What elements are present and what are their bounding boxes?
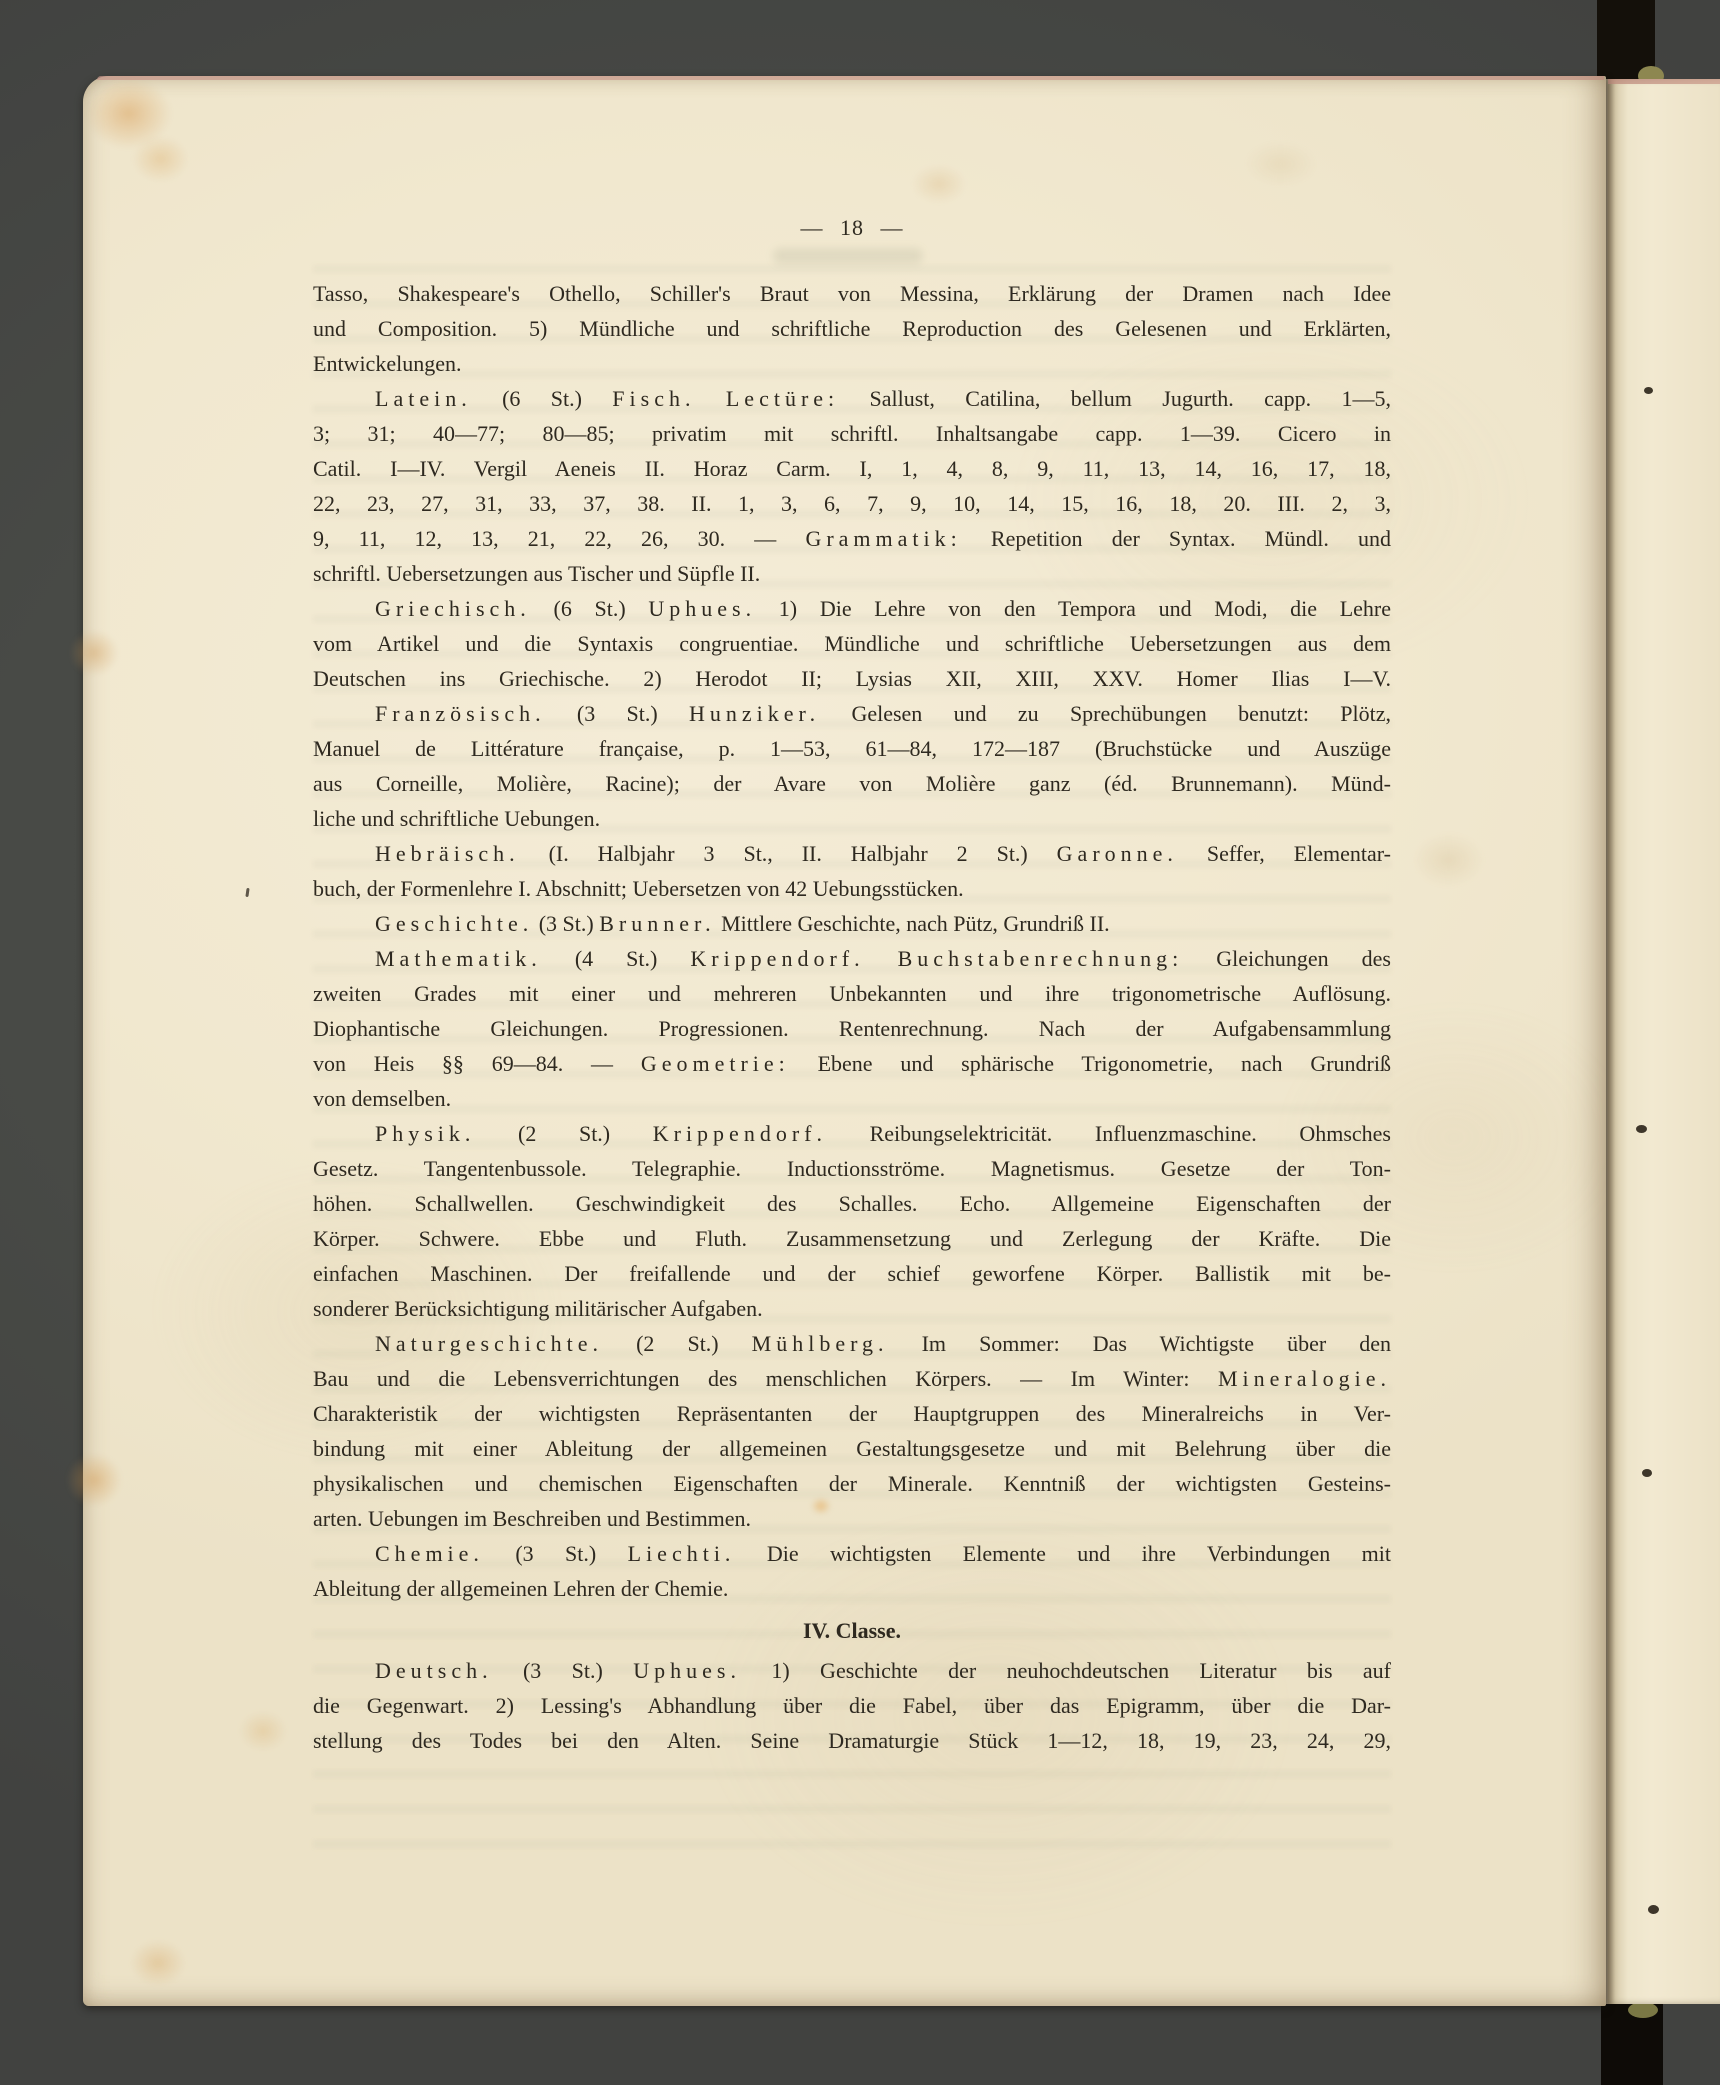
text-line: Deutschen ins Griechische. 2) Herodot II… [313, 661, 1391, 696]
spaced-term: Latein. [375, 386, 472, 411]
page-edge-speck [1644, 387, 1653, 394]
foxing-stain [231, 1704, 295, 1758]
spaced-term: Buchstabenrechnung: [898, 946, 1184, 971]
page-edge-tint [1608, 79, 1720, 84]
foxing-stain [121, 1932, 195, 1994]
page-edge-speck [1642, 1469, 1652, 1477]
text-line: stellung des Todes bei den Alten. Seine … [313, 1723, 1391, 1758]
text-line: arten. Uebungen im Beschreiben und Besti… [313, 1501, 1391, 1536]
page-text: — 18 — Tasso, Shakespeare's Othello, Sch… [313, 210, 1391, 1758]
ink-speck [245, 888, 249, 897]
text-line: 22, 23, 27, 31, 33, 37, 38. II. 1, 3, 6,… [313, 486, 1391, 521]
foxing-stain [1401, 824, 1496, 896]
text-line: Gesetz. Tangentenbussole. Telegraphie. I… [313, 1151, 1391, 1186]
text-line: höhen. Schallwellen. Geschwindigkeit des… [313, 1186, 1391, 1221]
foxing-stain [61, 622, 127, 684]
text-line: vom Artikel und die Syntaxis congruentia… [313, 626, 1391, 661]
paragraph: Hebräisch. (I. Halbjahr 3 St., II. Halbj… [313, 836, 1391, 906]
paragraph: Chemie. (3 St.) Liechti. Die wichtigsten… [313, 1536, 1391, 1606]
spaced-term: Garonne. [1057, 841, 1178, 866]
paragraph: Französisch. (3 St.) Hunziker. Gelesen u… [313, 696, 1391, 836]
paragraph: Naturgeschichte. (2 St.) Mühlberg. Im So… [313, 1326, 1391, 1536]
spaced-term: Physik. [375, 1121, 475, 1146]
foxing-stain [71, 66, 186, 161]
paragraph: Physik. (2 St.) Krippendorf. Reibungsele… [313, 1116, 1391, 1326]
ribbon-tassel [1628, 2002, 1658, 2018]
spaced-term: Uphues. [648, 596, 756, 621]
text-line: Latein. (6 St.) Fisch. Lectüre: Sallust,… [313, 381, 1391, 416]
spaced-term: Mineralogie. [1218, 1366, 1391, 1391]
text-line: Geschichte. (3 St.) Brunner. Mittlere Ge… [313, 906, 1391, 941]
text-line: Tasso, Shakespeare's Othello, Schiller's… [313, 276, 1391, 311]
spaced-term: Krippendorf. [653, 1121, 827, 1146]
section-heading: IV. Classe. [313, 1613, 1391, 1648]
foxing-stain [1233, 134, 1328, 194]
text-line: Chemie. (3 St.) Liechti. Die wichtigsten… [313, 1536, 1391, 1571]
paragraph: Tasso, Shakespeare's Othello, Schiller's… [313, 276, 1391, 381]
text-line: Diophantische Gleichungen. Progressionen… [313, 1011, 1391, 1046]
text-line: Physik. (2 St.) Krippendorf. Reibungsele… [313, 1116, 1391, 1151]
spaced-term: Liechti. [628, 1541, 736, 1566]
text-line: 3; 31; 40—77; 80—85; privatim mit schrif… [313, 416, 1391, 451]
spaced-term: Geometrie: [641, 1051, 790, 1076]
book-page: — 18 — Tasso, Shakespeare's Othello, Sch… [83, 76, 1606, 2006]
page-edge-speck [1636, 1125, 1647, 1133]
text-line: Catil. I—IV. Vergil Aeneis II. Horaz Car… [313, 451, 1391, 486]
page-edge-speck [1648, 1905, 1659, 1914]
spaced-term: Grammatik: [805, 526, 961, 551]
paragraph: Geschichte. (3 St.) Brunner. Mittlere Ge… [313, 906, 1391, 941]
spaced-term: Mühlberg. [752, 1331, 889, 1356]
spaced-term: Hebräisch. [375, 841, 520, 866]
text-line: sonderer Berücksichtigung militärischer … [313, 1291, 1391, 1326]
spaced-term: Krippendorf. [690, 946, 864, 971]
text-line: die Gegenwart. 2) Lessing's Abhandlung ü… [313, 1688, 1391, 1723]
text-line: bindung mit einer Ableitung der allgemei… [313, 1431, 1391, 1466]
paragraph: Latein. (6 St.) Fisch. Lectüre: Sallust,… [313, 381, 1391, 591]
text-line: Deutsch. (3 St.) Uphues. 1) Geschichte d… [313, 1653, 1391, 1688]
text-line: von Heis §§ 69—84. — Geometrie: Ebene un… [313, 1046, 1391, 1081]
spaced-term: Lectüre: [726, 386, 839, 411]
spaced-term: Griechisch. [375, 596, 531, 621]
text-line: liche und schriftliche Uebungen. [313, 801, 1391, 836]
spaced-term: Naturgeschichte. [375, 1331, 603, 1356]
text-line: Charakteristik der wichtigsten Repräsent… [313, 1396, 1391, 1431]
text-line: buch, der Formenlehre I. Abschnitt; Uebe… [313, 871, 1391, 906]
text-line: zweiten Grades mit einer und mehreren Un… [313, 976, 1391, 1011]
text-line: Manuel de Littérature française, p. 1—53… [313, 731, 1391, 766]
paragraph: Mathematik. (4 St.) Krippendorf. Buchsta… [313, 941, 1391, 1116]
text-line: Griechisch. (6 St.) Uphues. 1) Die Lehre… [313, 591, 1391, 626]
foxing-stain [903, 158, 975, 210]
text-line: Mathematik. (4 St.) Krippendorf. Buchsta… [313, 941, 1391, 976]
foxing-stain [123, 128, 198, 190]
text-line: Entwickelungen. [313, 346, 1391, 381]
text-line: 9, 11, 12, 13, 21, 22, 26, 30. — Grammat… [313, 521, 1391, 556]
text-line: physikalischen und chemischen Eigenschaf… [313, 1466, 1391, 1501]
text-line: Ableitung der allgemeinen Lehren der Che… [313, 1571, 1391, 1606]
paragraph: Deutsch. (3 St.) Uphues. 1) Geschichte d… [313, 1653, 1391, 1758]
text-line: und Composition. 5) Mündliche und schrif… [313, 311, 1391, 346]
text-line: Bau und die Lebensverrichtungen des mens… [313, 1361, 1391, 1396]
spaced-term: Hunziker. [689, 701, 820, 726]
text-line: einfachen Maschinen. Der freifallende un… [313, 1256, 1391, 1291]
spaced-term: Mathematik. [375, 946, 542, 971]
spaced-term: Uphues. [633, 1658, 741, 1683]
scanned-book-photo: — 18 — Tasso, Shakespeare's Othello, Sch… [0, 0, 1720, 2085]
adjacent-page-edge [1606, 79, 1720, 2004]
spaced-term: Geschichte. [375, 911, 533, 936]
page-number: — 18 — [313, 210, 1391, 245]
spaced-term: Deutsch. [375, 1658, 493, 1683]
text-line: Hebräisch. (I. Halbjahr 3 St., II. Halbj… [313, 836, 1391, 871]
spaced-term: Fisch. [612, 386, 695, 411]
spaced-term: Brunner. [599, 911, 715, 936]
text-line: Französisch. (3 St.) Hunziker. Gelesen u… [313, 696, 1391, 731]
text-line: Naturgeschichte. (2 St.) Mühlberg. Im So… [313, 1326, 1391, 1361]
spaced-term: Chemie. [375, 1541, 484, 1566]
paragraph: Griechisch. (6 St.) Uphues. 1) Die Lehre… [313, 591, 1391, 696]
text-line: schriftl. Uebersetzungen aus Tischer und… [313, 556, 1391, 591]
spaced-term: Französisch. [375, 701, 546, 726]
page-edge-tint [97, 76, 1604, 80]
text-line: von demselben. [313, 1081, 1391, 1116]
foxing-stain [57, 1444, 131, 1516]
text-line: aus Corneille, Molière, Racine); der Ava… [313, 766, 1391, 801]
text-line: Körper. Schwere. Ebbe und Fluth. Zusamme… [313, 1221, 1391, 1256]
